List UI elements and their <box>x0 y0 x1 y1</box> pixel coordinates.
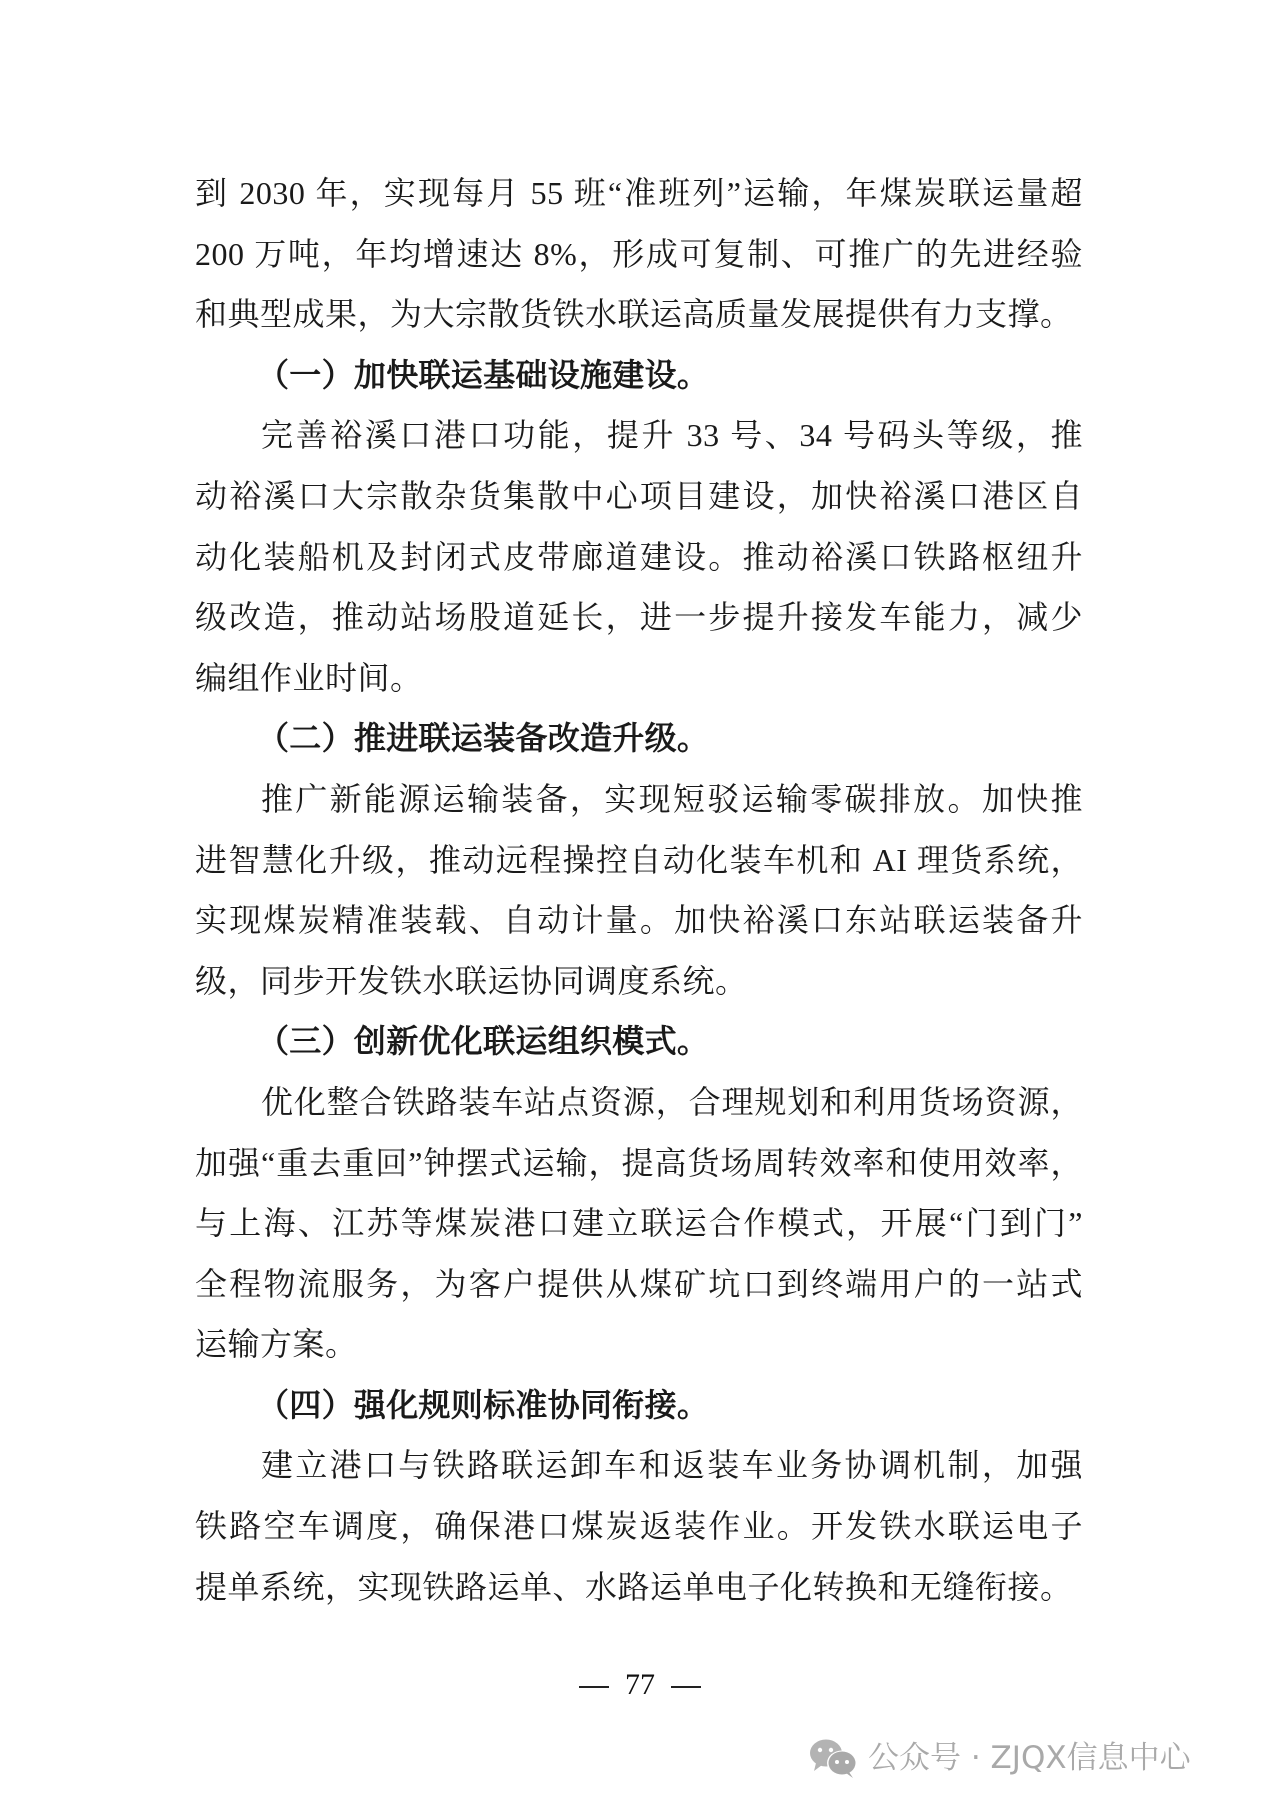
body-line: 提单系统，实现铁路运单、水路运单电子化转换和无缝衔接。 <box>195 1557 1083 1618</box>
body-line: 与上海、江苏等煤炭港口建立联运合作模式，开展“门到门” <box>195 1193 1083 1254</box>
body-line: 加强“重去重回”钟摆式运输，提高货场周转效率和使用效率， <box>195 1133 1083 1194</box>
body-line: 到 2030 年，实现每月 55 班“准班列”运输，年煤炭联运量超 <box>195 163 1083 224</box>
watermark: 公众号 · ZJQX信息中心 <box>808 1737 1191 1779</box>
body-line: 级，同步开发铁水联运协同调度系统。 <box>195 951 1083 1012</box>
dash-right <box>671 1686 701 1688</box>
body-line: 动化装船机及封闭式皮带廊道建设。推动裕溪口铁路枢纽升 <box>195 527 1083 588</box>
body-line: 推广新能源运输装备，实现短驳运输零碳排放。加快推 <box>195 769 1083 830</box>
body-line: 编组作业时间。 <box>195 648 1083 709</box>
body-line: 进智慧化升级，推动远程操控自动化装车机和 AI 理货系统， <box>195 830 1083 891</box>
dash-left <box>579 1686 609 1688</box>
body-line: 级改造，推动站场股道延长，进一步提升接发车能力，减少 <box>195 587 1083 648</box>
document-body: 到 2030 年，实现每月 55 班“准班列”运输，年煤炭联运量超 200 万吨… <box>195 163 1083 1617</box>
watermark-text: 公众号 · ZJQX信息中心 <box>868 1737 1191 1779</box>
section-heading-1: （一）加快联运基础设施建设。 <box>195 345 1083 406</box>
body-line: 实现煤炭精准装载、自动计量。加快裕溪口东站联运装备升 <box>195 890 1083 951</box>
page-number-value: 77 <box>625 1668 655 1701</box>
body-line: 动裕溪口大宗散杂货集散中心项目建设，加快裕溪口港区自 <box>195 466 1083 527</box>
wechat-icon <box>808 1738 860 1778</box>
body-line: 运输方案。 <box>195 1314 1083 1375</box>
section-heading-4: （四）强化规则标准协同衔接。 <box>195 1375 1083 1436</box>
section-heading-2: （二）推进联运装备改造升级。 <box>195 708 1083 769</box>
body-line: 完善裕溪口港口功能，提升 33 号、34 号码头等级，推 <box>195 405 1083 466</box>
body-line: 建立港口与铁路联运卸车和返装车业务协调机制，加强 <box>195 1435 1083 1496</box>
body-line: 铁路空车调度，确保港口煤炭返装作业。开发铁水联运电子 <box>195 1496 1083 1557</box>
body-line: 优化整合铁路装车站点资源，合理规划和利用货场资源， <box>195 1072 1083 1133</box>
page-number: 77 <box>0 1667 1280 1703</box>
body-line: 全程物流服务，为客户提供从煤矿坑口到终端用户的一站式 <box>195 1254 1083 1315</box>
body-line: 200 万吨，年均增速达 8%，形成可复制、可推广的先进经验 <box>195 224 1083 285</box>
body-line: 和典型成果，为大宗散货铁水联运高质量发展提供有力支撑。 <box>195 284 1083 345</box>
section-heading-3: （三）创新优化联运组织模式。 <box>195 1011 1083 1072</box>
